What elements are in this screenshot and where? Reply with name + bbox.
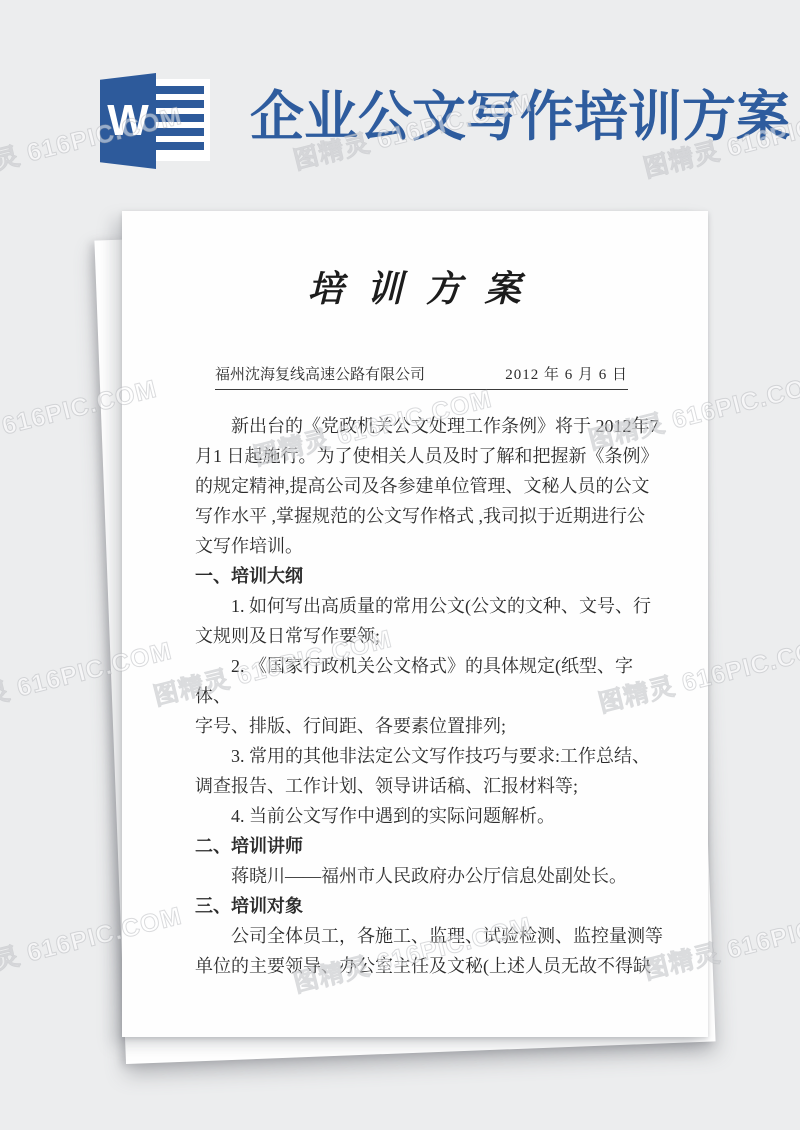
section-heading: 三、培训对象: [195, 891, 665, 921]
preview-canvas: W 企业公文写作培训方案 培 训 方 案 福州沈海复线高速公路有限公司 2012…: [0, 0, 800, 1130]
section-heading: 一、培训大纲: [195, 561, 665, 591]
body-paragraph: 4. 当前公文写作中遇到的实际问题解析。: [195, 801, 665, 831]
body-paragraph: 公司全体员工，各施工、监理、试验检测、监控量测等 单位的主要领导、办公室主任及文…: [195, 921, 665, 981]
word-file-icon: W: [100, 73, 212, 169]
word-icon-page: [148, 79, 210, 161]
section-heading: 二、培训讲师: [195, 831, 665, 861]
document-body: 新出台的《党政机关公文处理工作条例》将于 2012年7 月1 日起施行。为了使相…: [195, 411, 665, 981]
word-icon-text-lines: [154, 86, 204, 154]
word-icon-letter: W: [107, 99, 149, 143]
document-page: 培 训 方 案 福州沈海复线高速公路有限公司 2012 年 6 月 6 日 新出…: [122, 211, 708, 1037]
body-paragraph: 3. 常用的其他非法定公文写作技巧与要求:工作总结、 调查报告、工作计划、领导讲…: [195, 741, 665, 801]
page-title: 企业公文写作培训方案: [250, 74, 800, 151]
document-title: 培 训 方 案: [122, 261, 708, 312]
body-paragraph: 1. 如何写出高质量的常用公文(公文的文种、文号、行 文规则及日常写作要领;: [195, 591, 665, 651]
company-name: 福州沈海复线高速公路有限公司: [215, 363, 425, 384]
header: W 企业公文写作培训方案: [0, 0, 800, 190]
document-meta-line: 福州沈海复线高速公路有限公司 2012 年 6 月 6 日: [215, 363, 628, 390]
body-paragraph: 蒋晓川——福州市人民政府办公厅信息处副处长。: [195, 861, 665, 891]
word-icon-flap: W: [100, 73, 156, 169]
body-paragraph: 新出台的《党政机关公文处理工作条例》将于 2012年7 月1 日起施行。为了使相…: [195, 411, 665, 561]
document-date: 2012 年 6 月 6 日: [505, 363, 628, 384]
body-paragraph: 2. 《国家行政机关公文格式》的具体规定(纸型、字体、 字号、排版、行间距、各要…: [195, 651, 665, 741]
